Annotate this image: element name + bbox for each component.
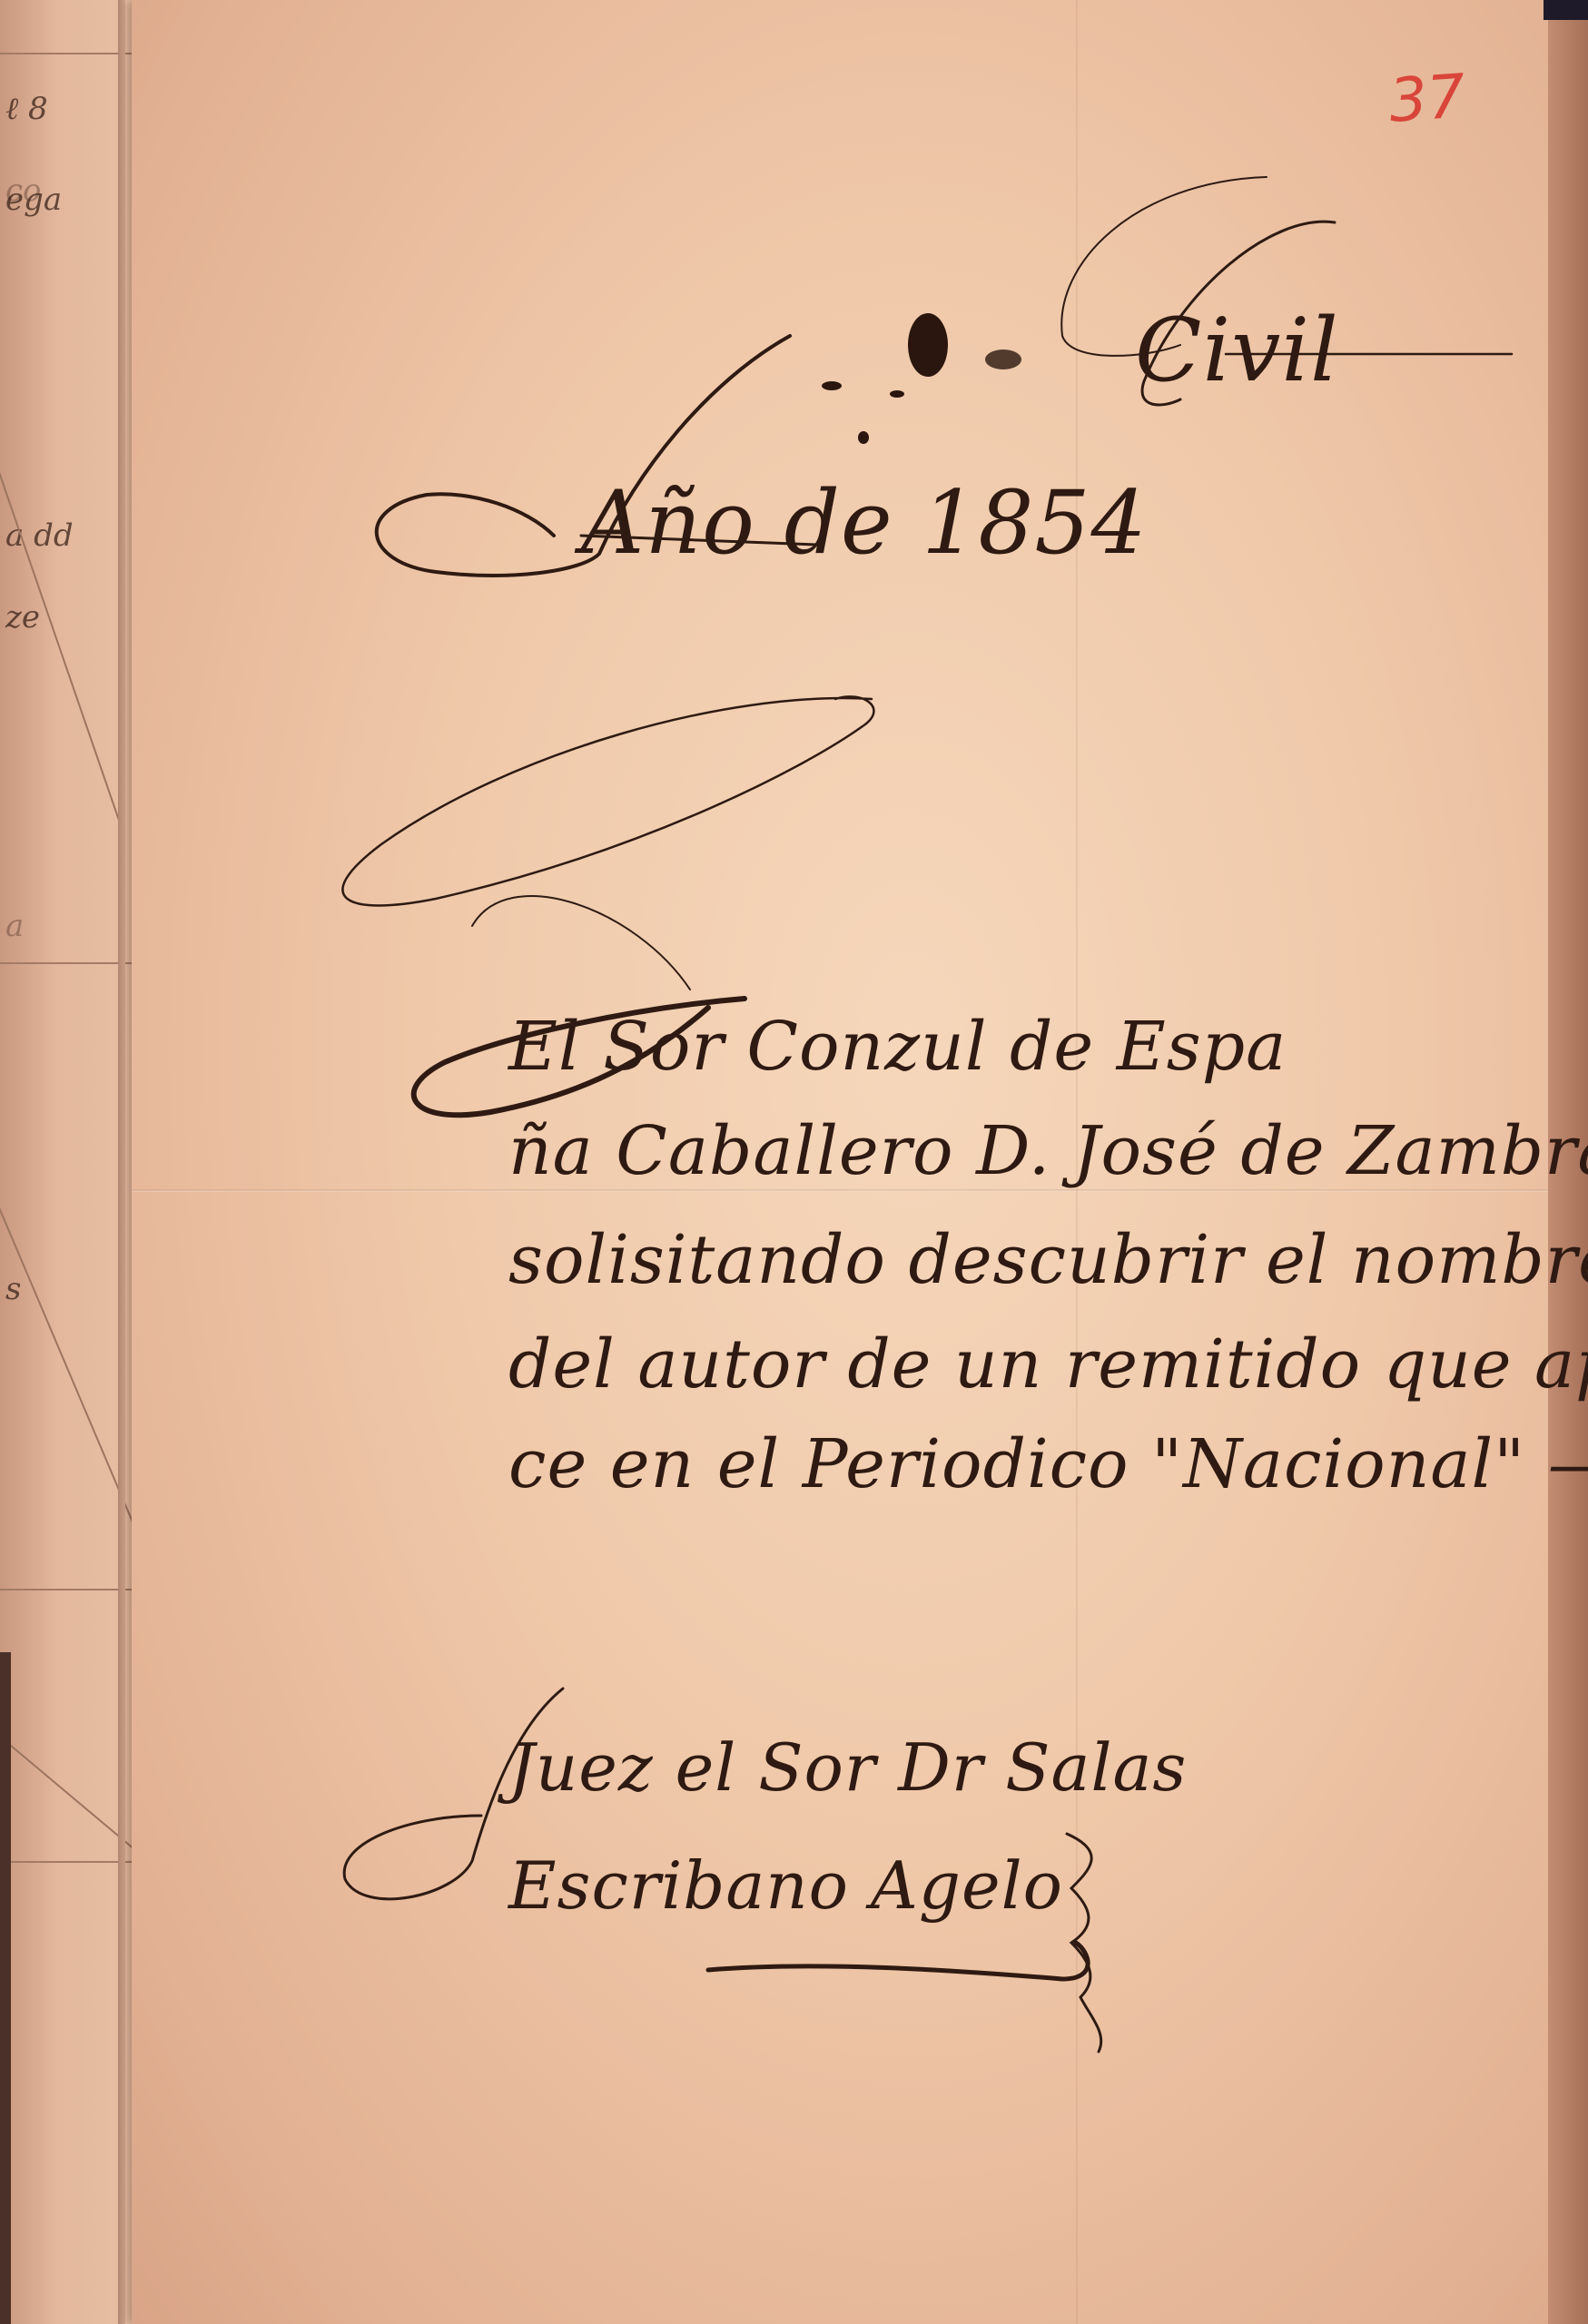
folio-number: 37 xyxy=(1386,61,1467,136)
year-heading: Año de 1854 xyxy=(581,472,1148,574)
dark-corner xyxy=(1544,0,1588,20)
page-edge xyxy=(118,0,125,2324)
body-line: El Sor Conzul de Espa xyxy=(508,1008,1287,1086)
underlying-text-fragment: ℓ 8 xyxy=(5,91,48,127)
underlying-text-fragment: a xyxy=(5,908,24,944)
page-edge-line xyxy=(0,962,136,964)
underlying-text-fragment: s xyxy=(5,1271,21,1307)
ink-blot xyxy=(985,350,1021,369)
judge-line: Juez el Sor Dr Salas xyxy=(508,1729,1187,1806)
fold-line xyxy=(8,1743,134,1849)
body-line: ña Caballero D. José de Zambrano xyxy=(508,1112,1588,1190)
ink-blot xyxy=(908,313,948,377)
underlying-pages-strip: ℓ 8 co ega a dd ze a s xyxy=(0,0,145,2324)
body-line: del autor de un remitido que apare xyxy=(508,1325,1588,1403)
notary-line: Escribano Agelo xyxy=(508,1847,1063,1924)
classification-heading: Civil xyxy=(1135,300,1339,401)
ink-blot xyxy=(858,431,869,444)
binding xyxy=(0,1652,11,2324)
page-edge-line xyxy=(0,1589,136,1590)
ink-blot xyxy=(890,390,904,398)
underlying-text-fragment: ega xyxy=(5,182,62,218)
underlying-text-fragment: ze xyxy=(5,599,40,635)
page-edge-line xyxy=(0,53,136,54)
ink-blot xyxy=(822,381,842,390)
page-edge-line xyxy=(0,1861,136,1863)
body-line: ce en el Periodico "Nacional" —. xyxy=(508,1425,1588,1503)
body-line: solisitando descubrir el nombre xyxy=(508,1221,1588,1299)
